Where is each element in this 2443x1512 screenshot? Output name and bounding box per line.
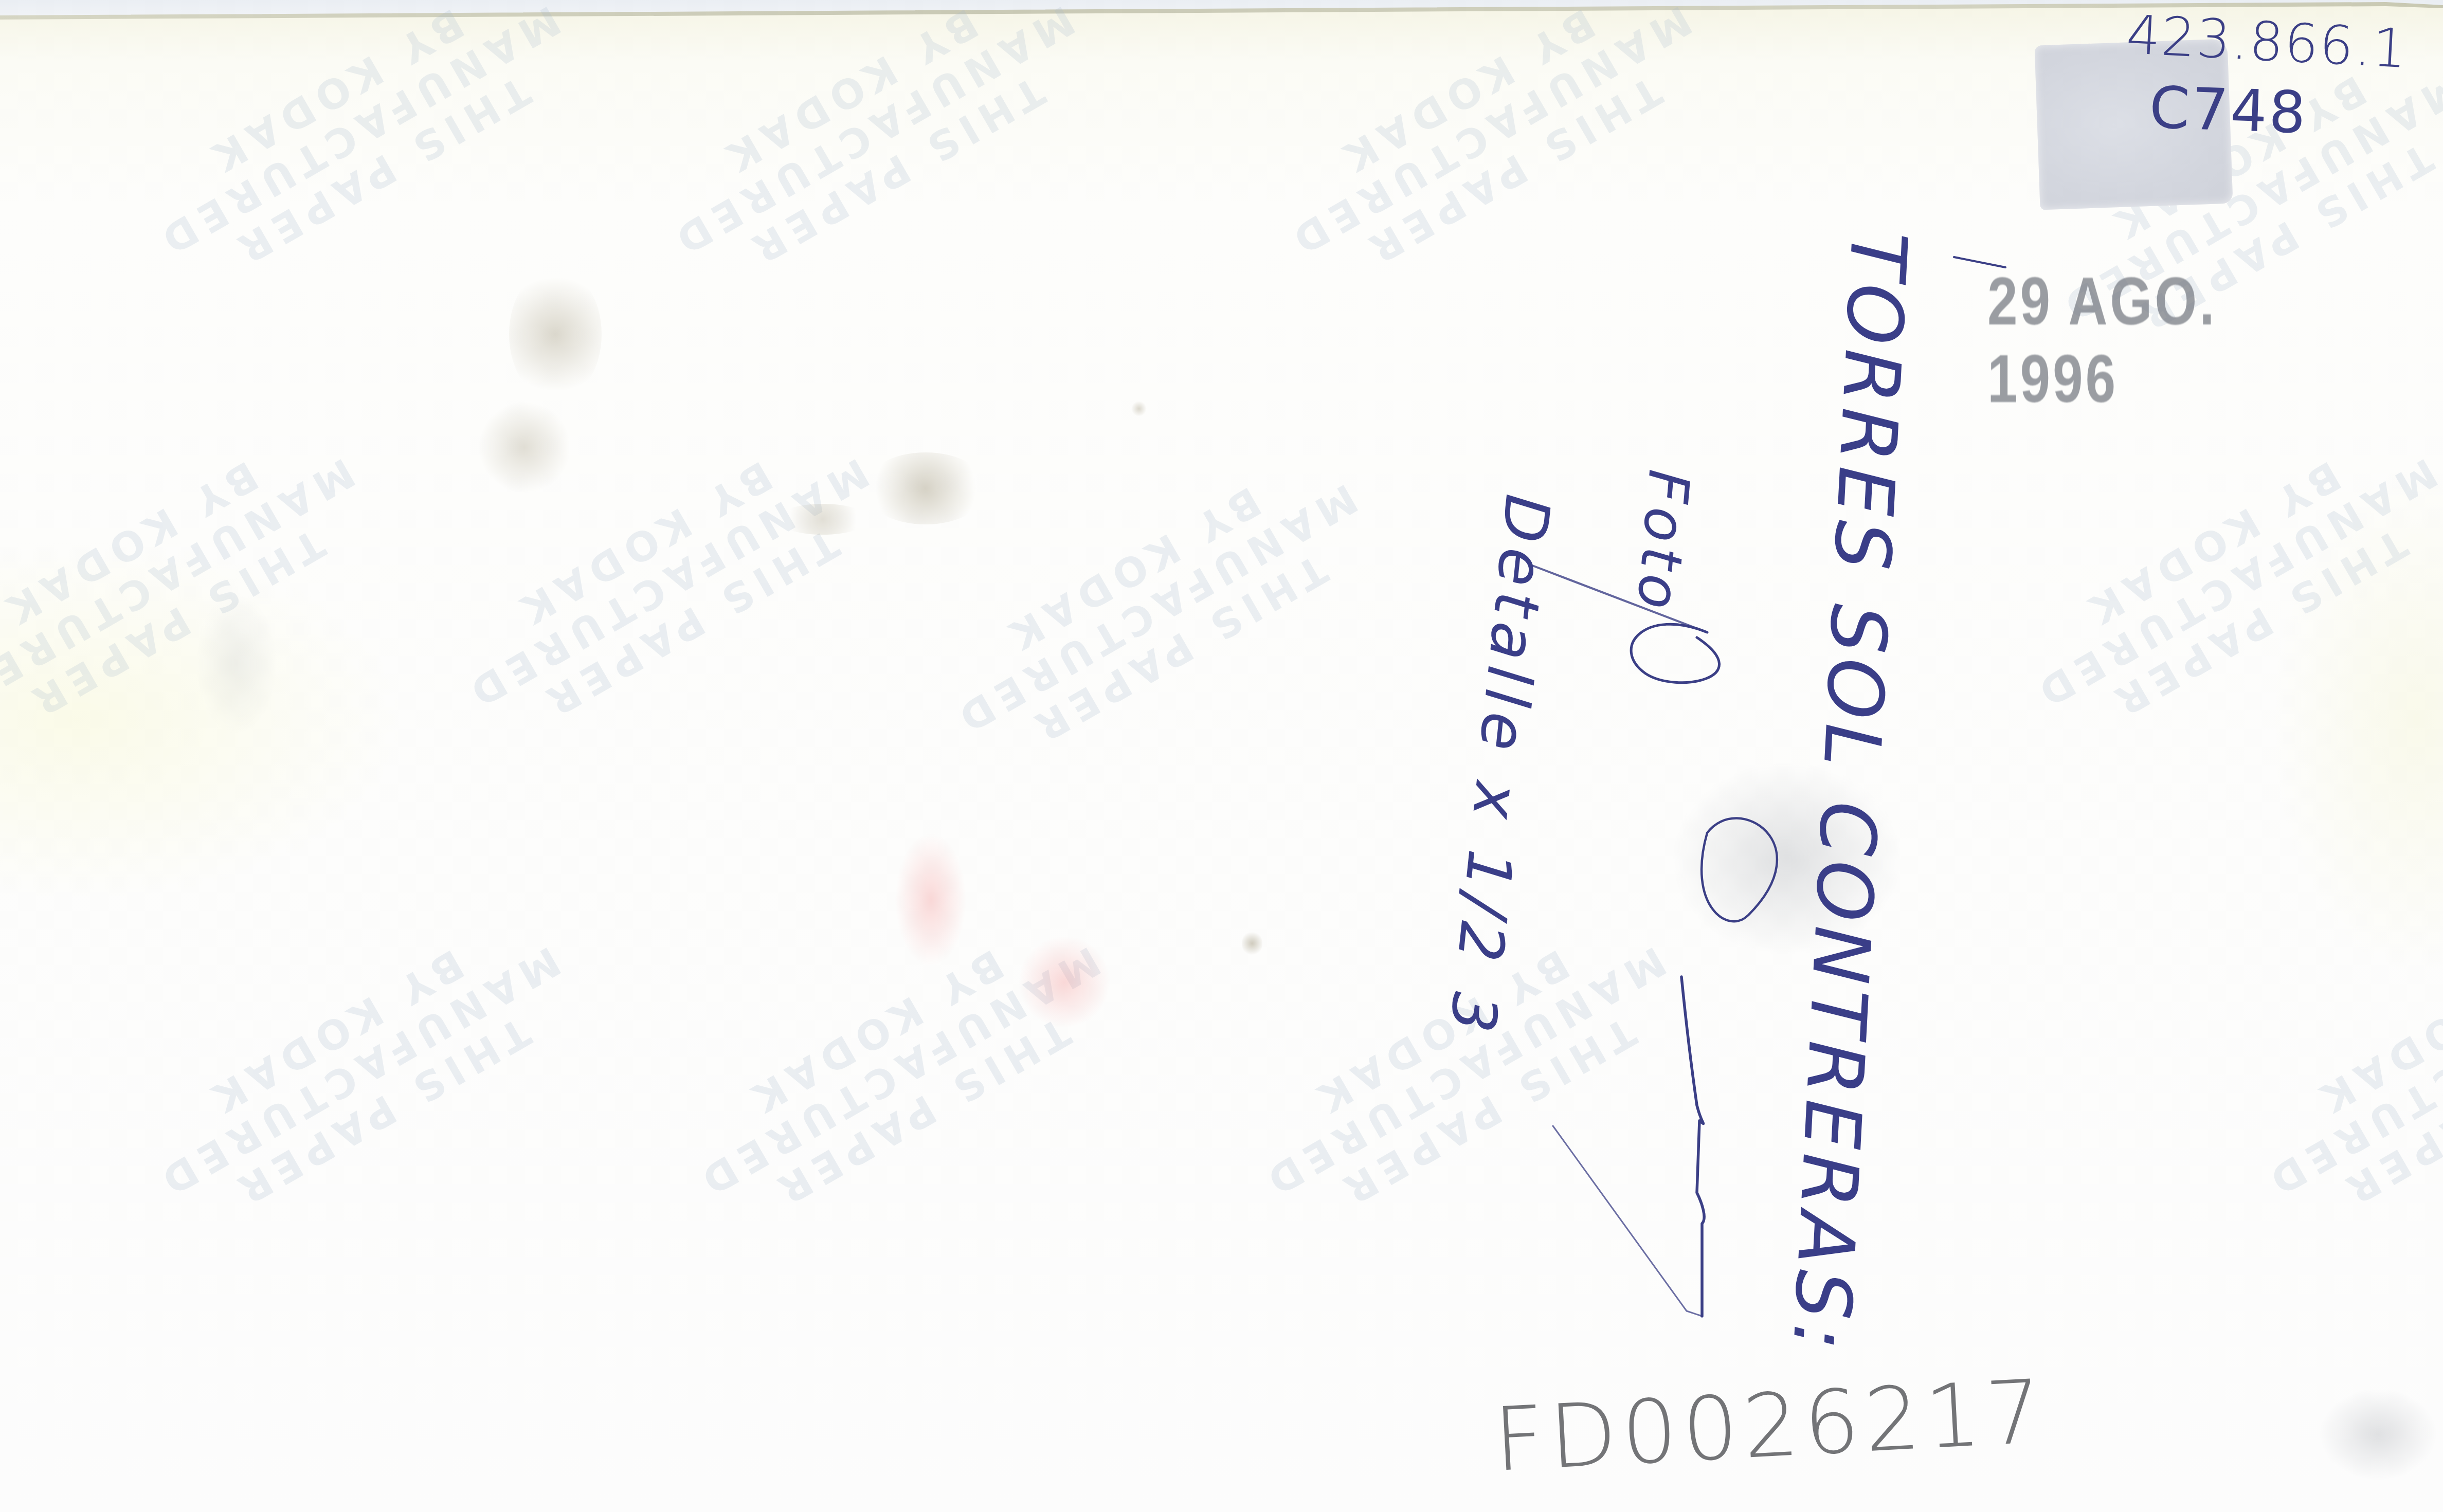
dust-speck bbox=[1242, 931, 1262, 956]
fingerprint-smudge bbox=[2319, 1388, 2437, 1481]
dust-speck bbox=[1131, 401, 1147, 416]
dust-speck bbox=[478, 401, 571, 494]
dust-speck bbox=[509, 267, 602, 401]
signature bbox=[1491, 463, 2005, 1337]
dust-speck bbox=[864, 452, 987, 524]
date-stamp: 29 AGO. 1996 bbox=[1987, 262, 2352, 417]
fingerprint-smudge bbox=[195, 591, 278, 735]
red-smudge bbox=[895, 833, 967, 967]
red-smudge bbox=[1018, 936, 1111, 1028]
box-code: C748 bbox=[2148, 75, 2309, 147]
photo-back-scan: THIS PAPER MANUFACTURED BY KODAK THIS PA… bbox=[0, 0, 2443, 1512]
dust-speck bbox=[776, 504, 869, 535]
